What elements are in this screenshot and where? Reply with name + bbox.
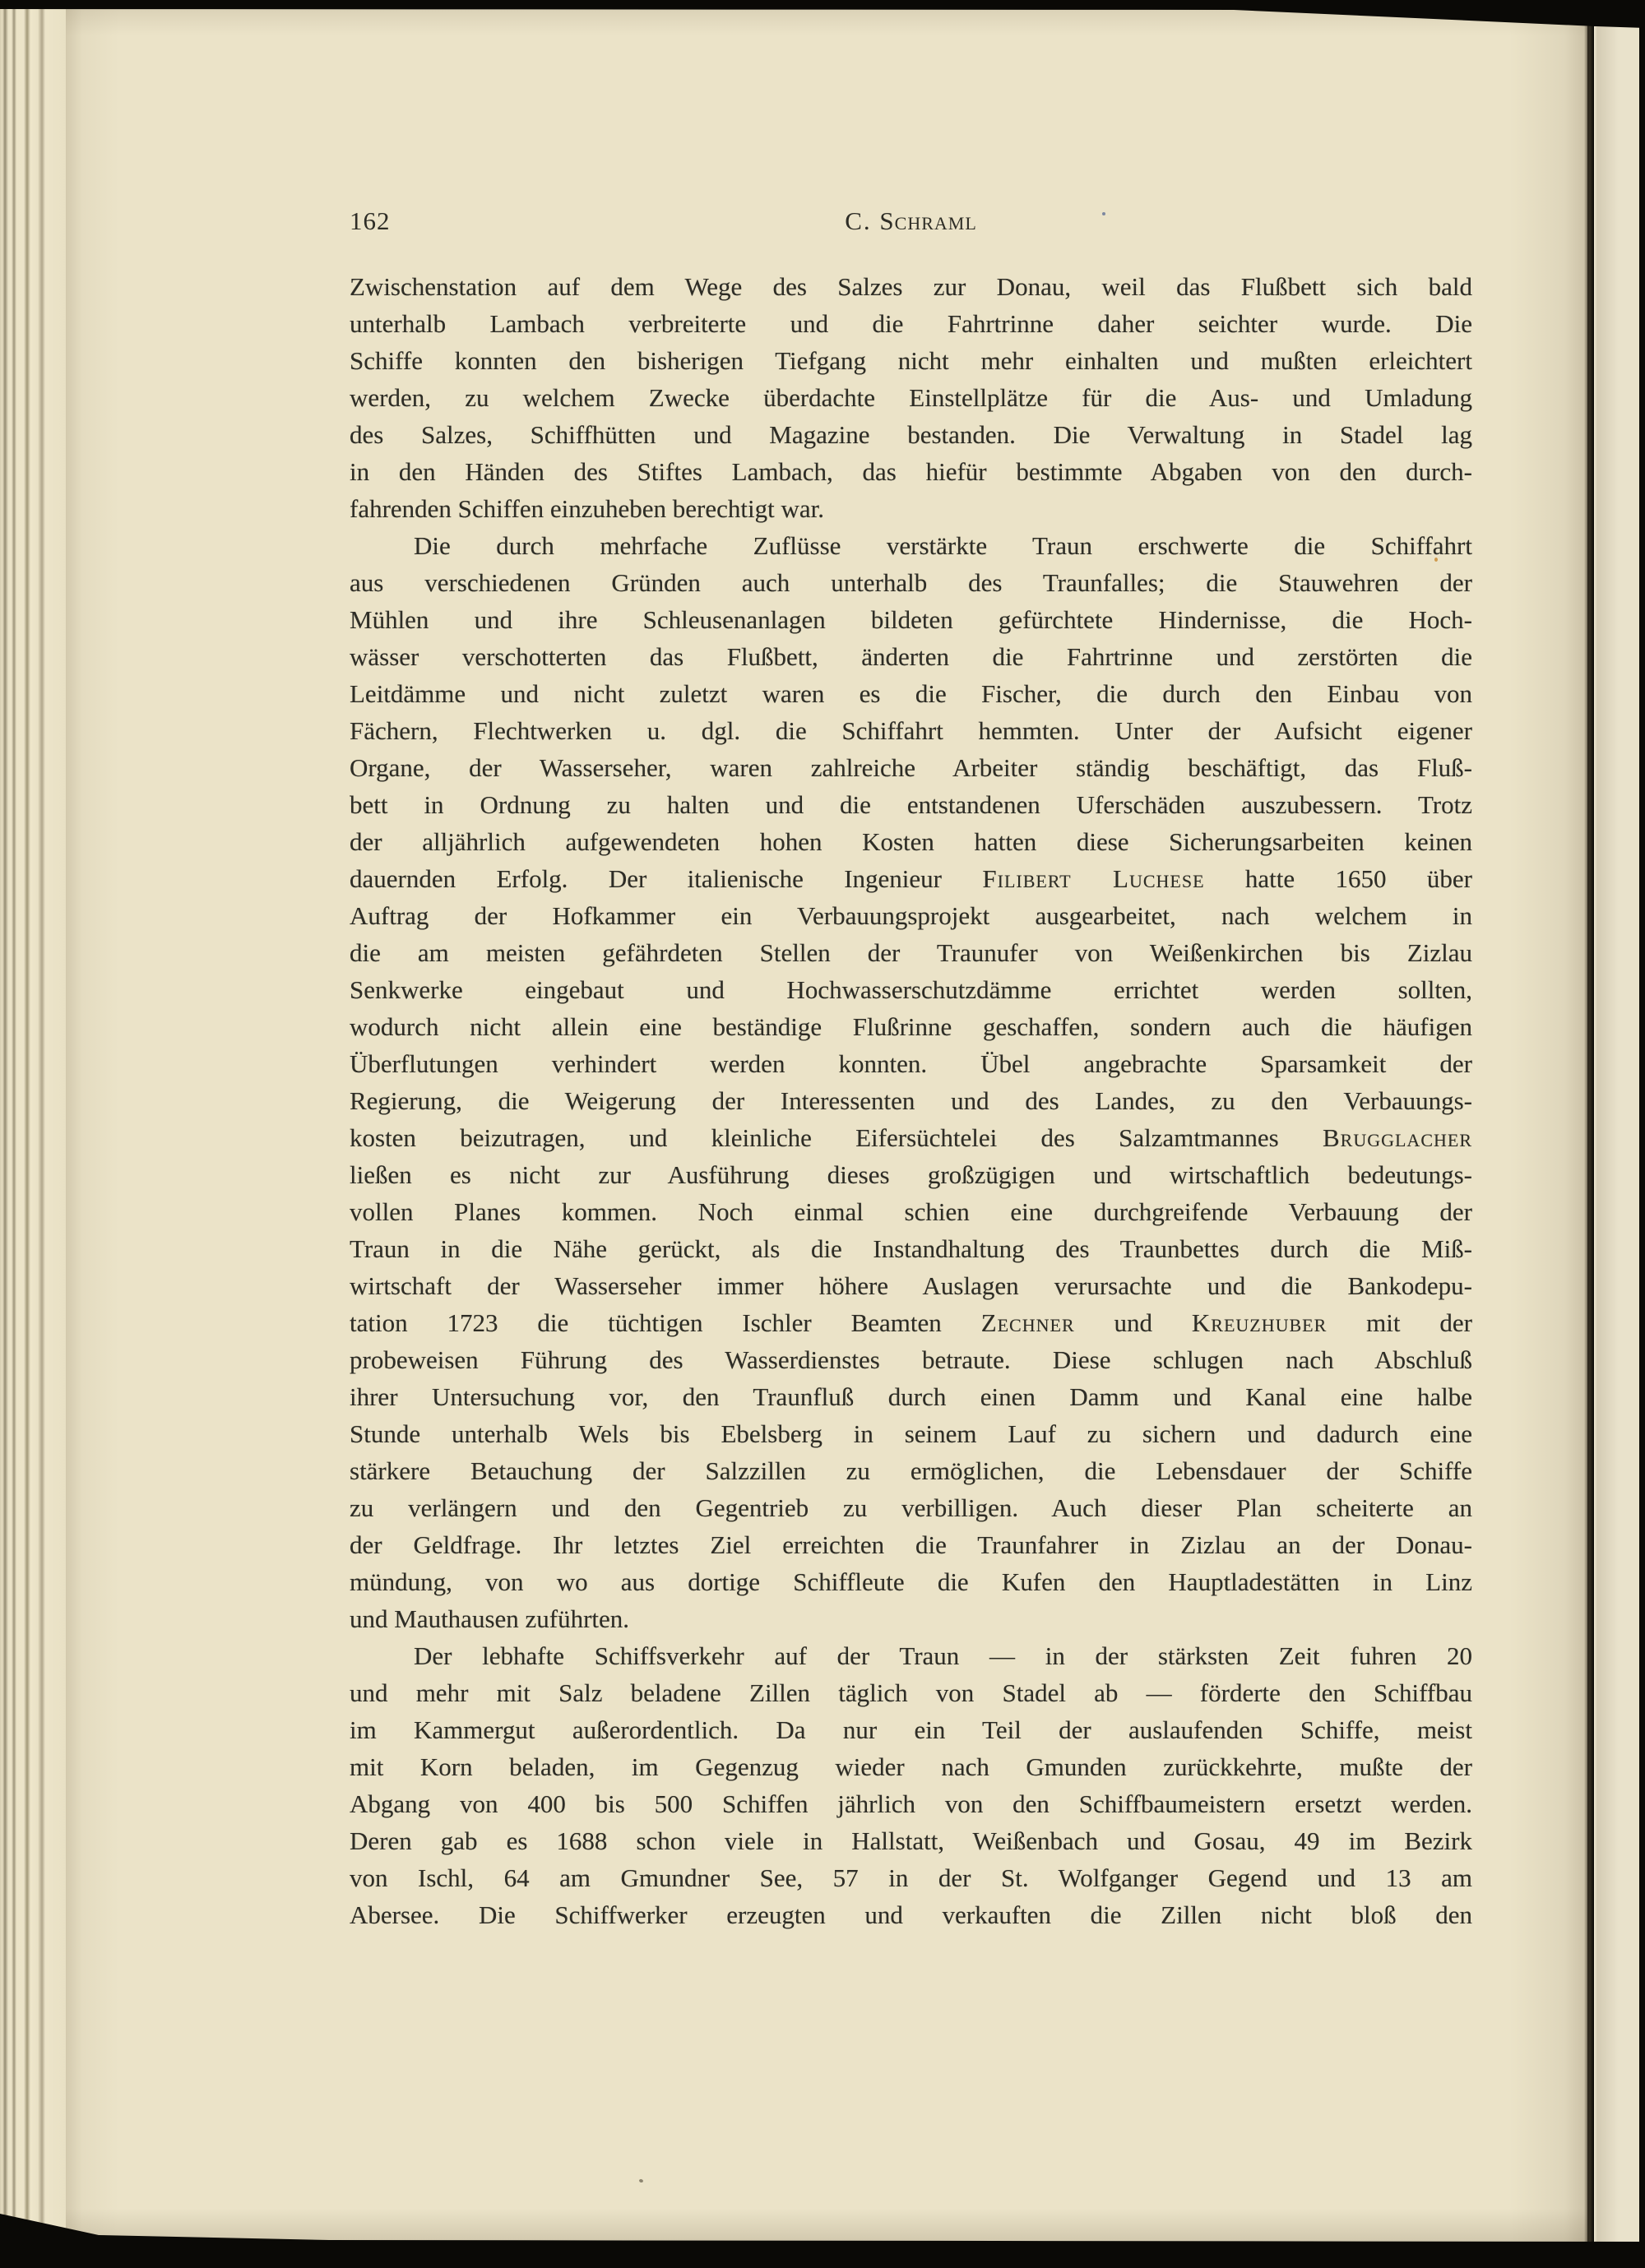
text-line: Der lebhafte Schiffsverkehr auf der Trau… (350, 1637, 1472, 1674)
text-line: Stunde unterhalb Wels bis Ebelsberg in s… (350, 1415, 1472, 1452)
text-line: dauernden Erfolg. Der italienische Ingen… (350, 860, 1472, 897)
text-line: zu verlängern und den Gegentrieb zu verb… (350, 1489, 1472, 1526)
text-line: Zwischenstation auf dem Wege des Salzes … (350, 268, 1472, 305)
text-line: ließen es nicht zur Ausführung dieses gr… (350, 1156, 1472, 1193)
text-line: Senkwerke eingebaut und Hochwasserschutz… (350, 971, 1472, 1008)
text-line: stärkere Betauchung der Salzzillen zu er… (350, 1452, 1472, 1489)
page-number: 162 (350, 202, 391, 239)
running-header: C. Schraml (350, 202, 1472, 239)
text-line: Fächern, Flechtwerken u. dgl. die Schiff… (350, 712, 1472, 749)
paper-speck (1434, 558, 1438, 562)
next-page-sliver (1594, 26, 1640, 2247)
text-line: unterhalb Lambach verbreiterte und die F… (350, 305, 1472, 342)
text-line: und Mauthausen zuführten. (350, 1600, 1472, 1637)
text-line: Traun in die Nähe gerückt, als die Insta… (350, 1230, 1472, 1267)
text-line: vollen Planes kommen. Noch einmal schien… (350, 1193, 1472, 1230)
text-line: mit Korn beladen, im Gegenzug wieder nac… (350, 1748, 1472, 1785)
text-line: und mehr mit Salz beladene Zillen täglic… (350, 1674, 1472, 1711)
text-line: wässer verschotterten das Flußbett, ände… (350, 638, 1472, 675)
book-scan: { "colors": { "paper": "#ebe3c8", "ink":… (0, 0, 1645, 2268)
text-line: Leitdämme und nicht zuletzt waren es die… (350, 675, 1472, 712)
text-line: in den Händen des Stiftes Lambach, das h… (350, 453, 1472, 490)
text-line: ihrer Untersuchung vor, den Traunfluß du… (350, 1378, 1472, 1415)
text-line: Auftrag der Hofkammer ein Verbauungsproj… (350, 897, 1472, 934)
text-line: bett in Ordnung zu halten und die entsta… (350, 786, 1472, 823)
text-line: von Ischl, 64 am Gmundner See, 57 in der… (350, 1859, 1472, 1896)
text-line: Schiffe konnten den bisherigen Tiefgang … (350, 342, 1472, 379)
text-line: Organe, der Wasserseher, waren zahlreich… (350, 749, 1472, 786)
text-line: mündung, von wo aus dortige Schiffleute … (350, 1563, 1472, 1600)
scan-border-right (1639, 0, 1645, 2268)
text-block: Zwischenstation auf dem Wege des Salzes … (350, 268, 1472, 1933)
text-line: kosten beizutragen, und kleinliche Eifer… (350, 1119, 1472, 1156)
text-line: der alljährlich aufgewendeten hohen Kost… (350, 823, 1472, 860)
text-line: Die durch mehrfache Zuflüsse verstärkte … (350, 527, 1472, 564)
text-line: die am meisten gefährdeten Stellen der T… (350, 934, 1472, 971)
text-line: wodurch nicht allein eine beständige Flu… (350, 1008, 1472, 1045)
text-line: Mühlen und ihre Schleusenanlagen bildete… (350, 601, 1472, 638)
book-page-edges (0, 5, 67, 2255)
text-line: fahrenden Schiffen einzuheben berechtigt… (350, 490, 1472, 527)
text-line: wirtschaft der Wasserseher immer höhere … (350, 1267, 1472, 1304)
text-line: im Kammergut außerordentlich. Da nur ein… (350, 1711, 1472, 1748)
text-line: Deren gab es 1688 schon viele in Hallsta… (350, 1822, 1472, 1859)
page-gutter-fold (1584, 8, 1594, 2248)
text-line: Abersee. Die Schiffwerker erzeugten und … (350, 1896, 1472, 1933)
text-line: aus verschiedenen Gründen auch unterhalb… (350, 564, 1472, 601)
text-line: des Salzes, Schiffhütten und Magazine be… (350, 416, 1472, 453)
text-line: Abgang von 400 bis 500 Schiffen jährlich… (350, 1785, 1472, 1822)
text-line: der Geldfrage. Ihr letztes Ziel erreicht… (350, 1526, 1472, 1563)
text-line: Regierung, die Weigerung der Interessent… (350, 1082, 1472, 1119)
page-header: 162 C. Schraml (350, 202, 1472, 239)
text-line: Überflutungen verhindert werden konnten.… (350, 1045, 1472, 1082)
text-line: werden, zu welchem Zwecke überdachte Ein… (350, 379, 1472, 416)
text-line: tation 1723 die tüchtigen Ischler Beamte… (350, 1304, 1472, 1341)
text-line: probeweisen Führung des Wasserdienstes b… (350, 1341, 1472, 1378)
paper-speck (1102, 212, 1105, 215)
